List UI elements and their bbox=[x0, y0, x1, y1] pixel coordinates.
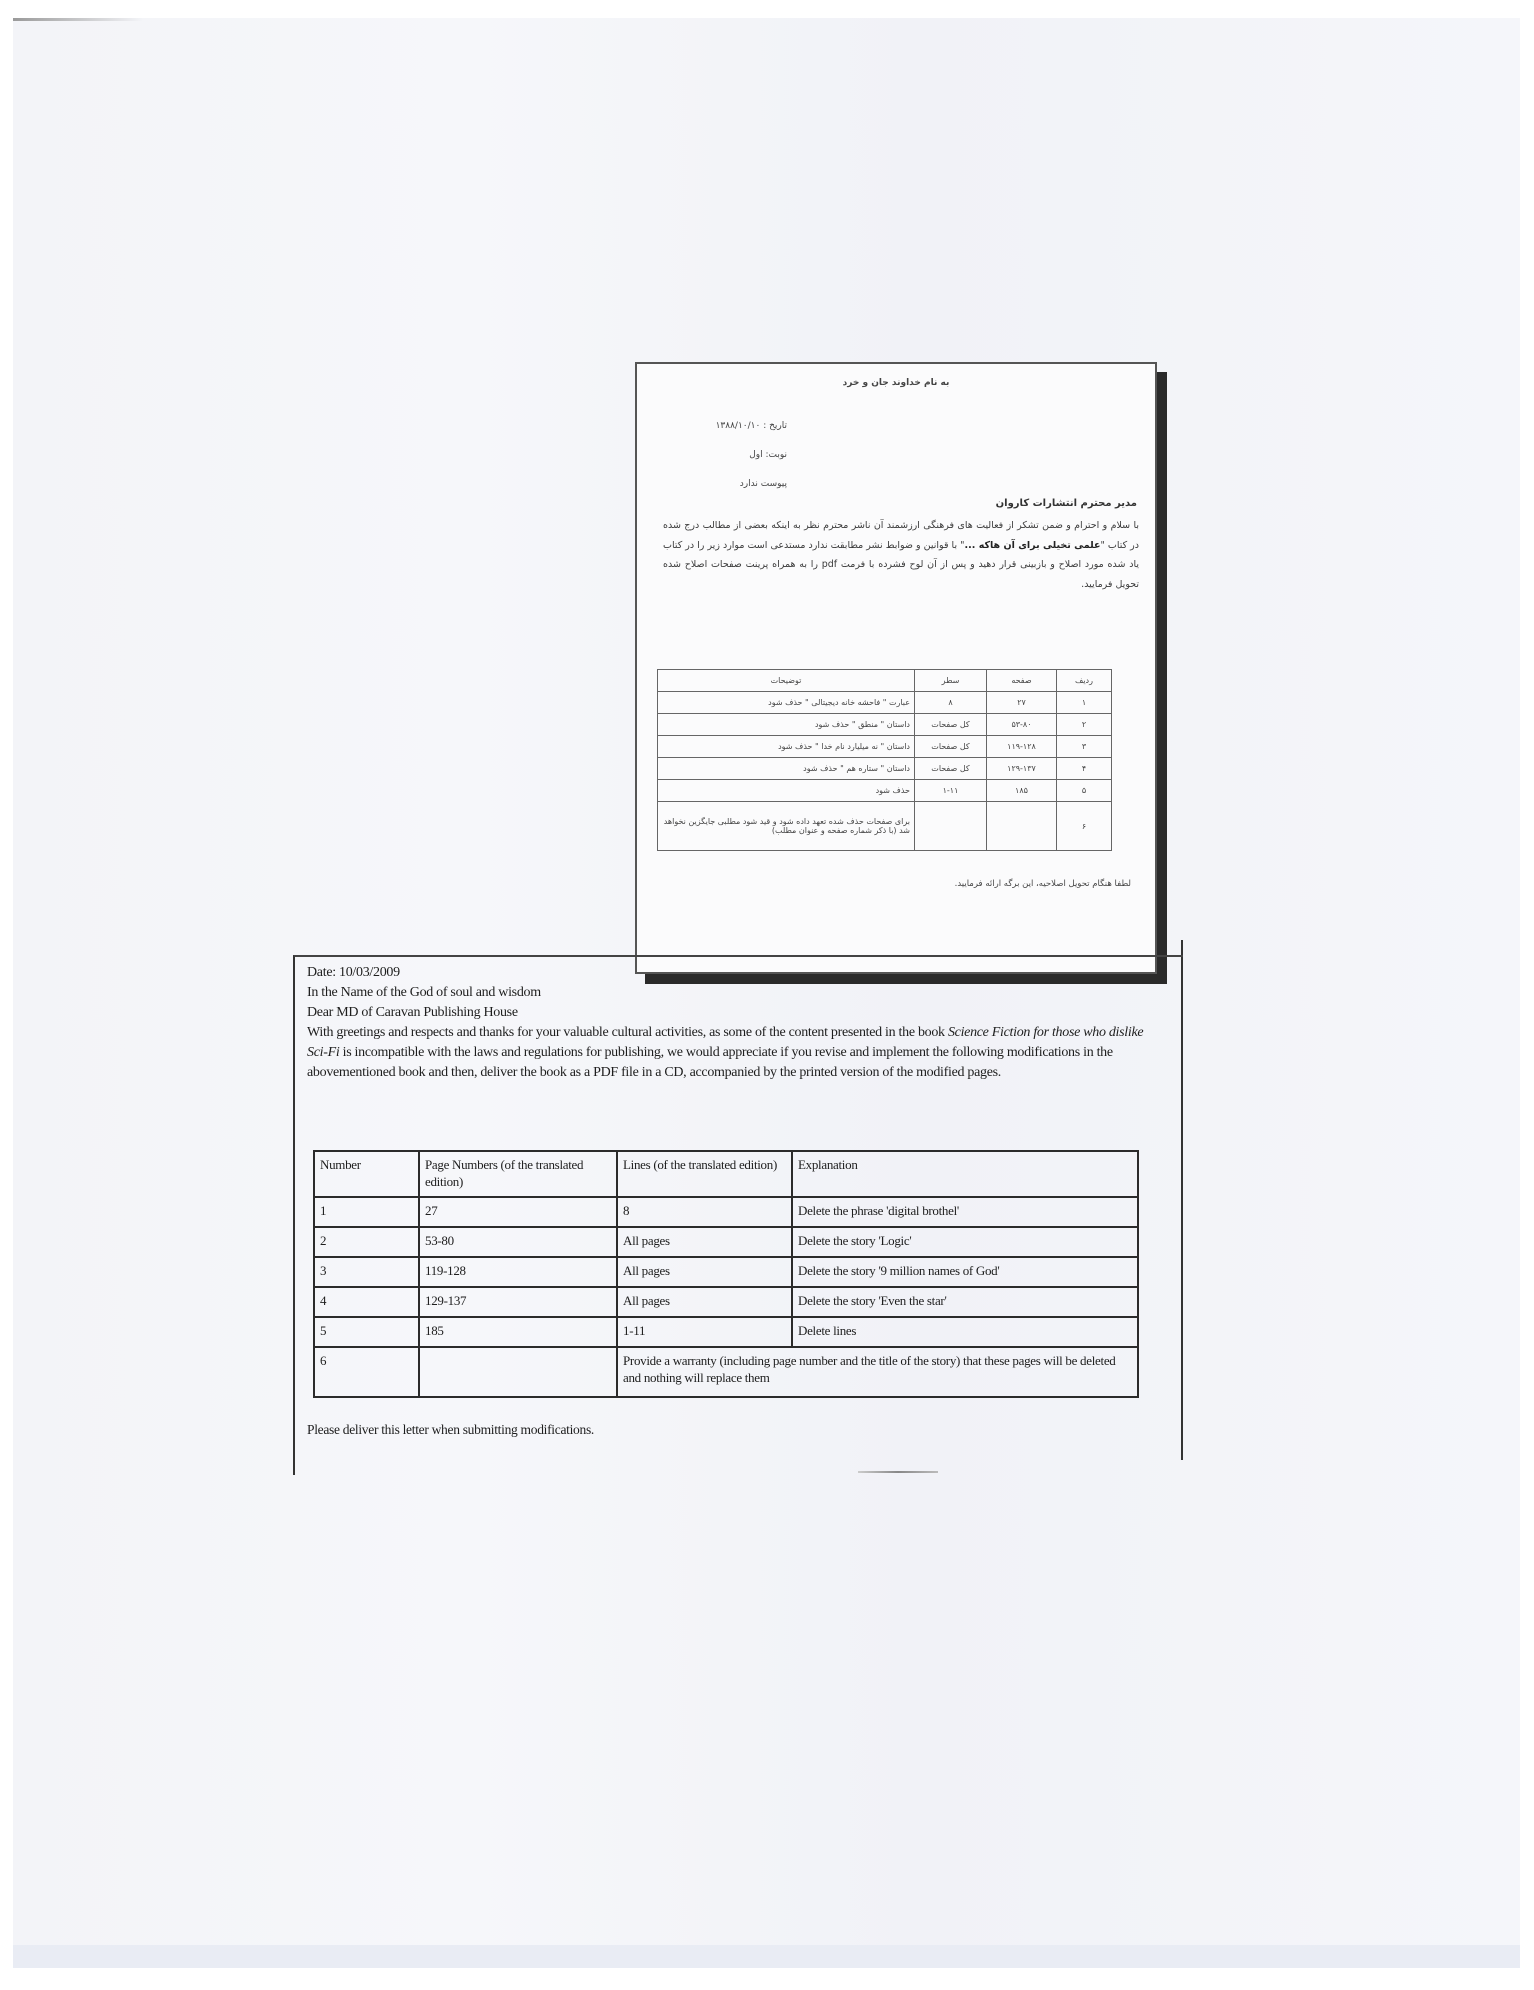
publisher-name: کاروان bbox=[996, 498, 1030, 509]
persian-book-title: علمی تخیلی برای آن هاکه ... bbox=[965, 540, 1101, 551]
persian-letter-meta: تاریخ : ۱۳۸۸/۱۰/۱۰ نوبت: اول پیوست ندارد bbox=[677, 412, 787, 499]
scan-artifact-mark bbox=[858, 1471, 938, 1473]
translation-addressee: Dear MD of Caravan Publishing House bbox=[307, 1003, 1167, 1023]
table-header-row: Number Page Numbers (of the translated e… bbox=[314, 1151, 1138, 1197]
scan-edge-shadow bbox=[13, 18, 143, 21]
persian-attachment: پیوست ندارد bbox=[677, 470, 787, 499]
persian-turn: نوبت: اول bbox=[677, 441, 787, 470]
table-row: 51851-11Delete lines bbox=[314, 1317, 1138, 1347]
translation-text: Date: 10/03/2009 In the Name of the God … bbox=[307, 963, 1167, 1083]
column-header-explanation: Explanation bbox=[792, 1151, 1138, 1197]
persian-modifications-table: ردیف صفحه سطر توضیحات ۱۲۷۸عبارت " فاحشه … bbox=[657, 669, 1112, 851]
column-header-page-numbers: Page Numbers (of the translated edition) bbox=[419, 1151, 617, 1197]
persian-date: تاریخ : ۱۳۸۸/۱۰/۱۰ bbox=[677, 412, 787, 441]
table-row: ۶برای صفحات حذف شده تعهد داده شود و قید … bbox=[658, 802, 1112, 851]
english-translation: Date: 10/03/2009 In the Name of the God … bbox=[293, 955, 1183, 1397]
translation-modifications-table: Number Page Numbers (of the translated e… bbox=[313, 1150, 1139, 1398]
table-row: ۵۱۸۵۱-۱۱حذف شود bbox=[658, 780, 1112, 802]
scan-bottom-edge bbox=[13, 1945, 1520, 1968]
column-header-lines: Lines (of the translated edition) bbox=[617, 1151, 792, 1197]
persian-original-letter: به نام خداوند جان و خرد تاریخ : ۱۳۸۸/۱۰/… bbox=[635, 362, 1157, 974]
persian-letter-header: به نام خداوند جان و خرد bbox=[637, 378, 1155, 388]
persian-addressee: مدیر محترم انتشارات کاروان bbox=[996, 498, 1137, 509]
translation-footer: Please deliver this letter when submitti… bbox=[307, 1422, 594, 1438]
table-row: 3119-128All pagesDelete the story '9 mil… bbox=[314, 1257, 1138, 1287]
table-row: 253-80All pagesDelete the story 'Logic' bbox=[314, 1227, 1138, 1257]
table-row: ۳۱۱۹-۱۲۸کل صفحاتداستان " نه میلیارد نام … bbox=[658, 736, 1112, 758]
persian-letter-body: با سلام و احترام و ضمن تشکر از فعالیت ها… bbox=[663, 516, 1139, 594]
translation-greeting: In the Name of the God of soul and wisdo… bbox=[307, 983, 1167, 1003]
translation-date: Date: 10/03/2009 bbox=[307, 963, 1167, 983]
table-row: 6 Provide a warranty (including page num… bbox=[314, 1347, 1138, 1397]
table-row: 1278Delete the phrase 'digital brothel' bbox=[314, 1197, 1138, 1227]
column-header-number: Number bbox=[314, 1151, 419, 1197]
table-row: ۴۱۲۹-۱۳۷کل صفحاتداستان " ستاره هم " حذف … bbox=[658, 758, 1112, 780]
table-header-row: ردیف صفحه سطر توضیحات bbox=[658, 670, 1112, 692]
table-row: ۲۵۳-۸۰کل صفحاتداستان " منطق " حذف شود bbox=[658, 714, 1112, 736]
translation-body: With greetings and respects and thanks f… bbox=[307, 1023, 1167, 1083]
table-row: 4129-137All pagesDelete the story 'Even … bbox=[314, 1287, 1138, 1317]
translation-border-left-extension bbox=[293, 1395, 295, 1475]
table-row: ۱۲۷۸عبارت " فاحشه خانه دیجیتالی " حذف شو… bbox=[658, 692, 1112, 714]
persian-letter-footer: لطفا هنگام تحویل اصلاحیه، این برگه ارائه… bbox=[955, 879, 1131, 889]
